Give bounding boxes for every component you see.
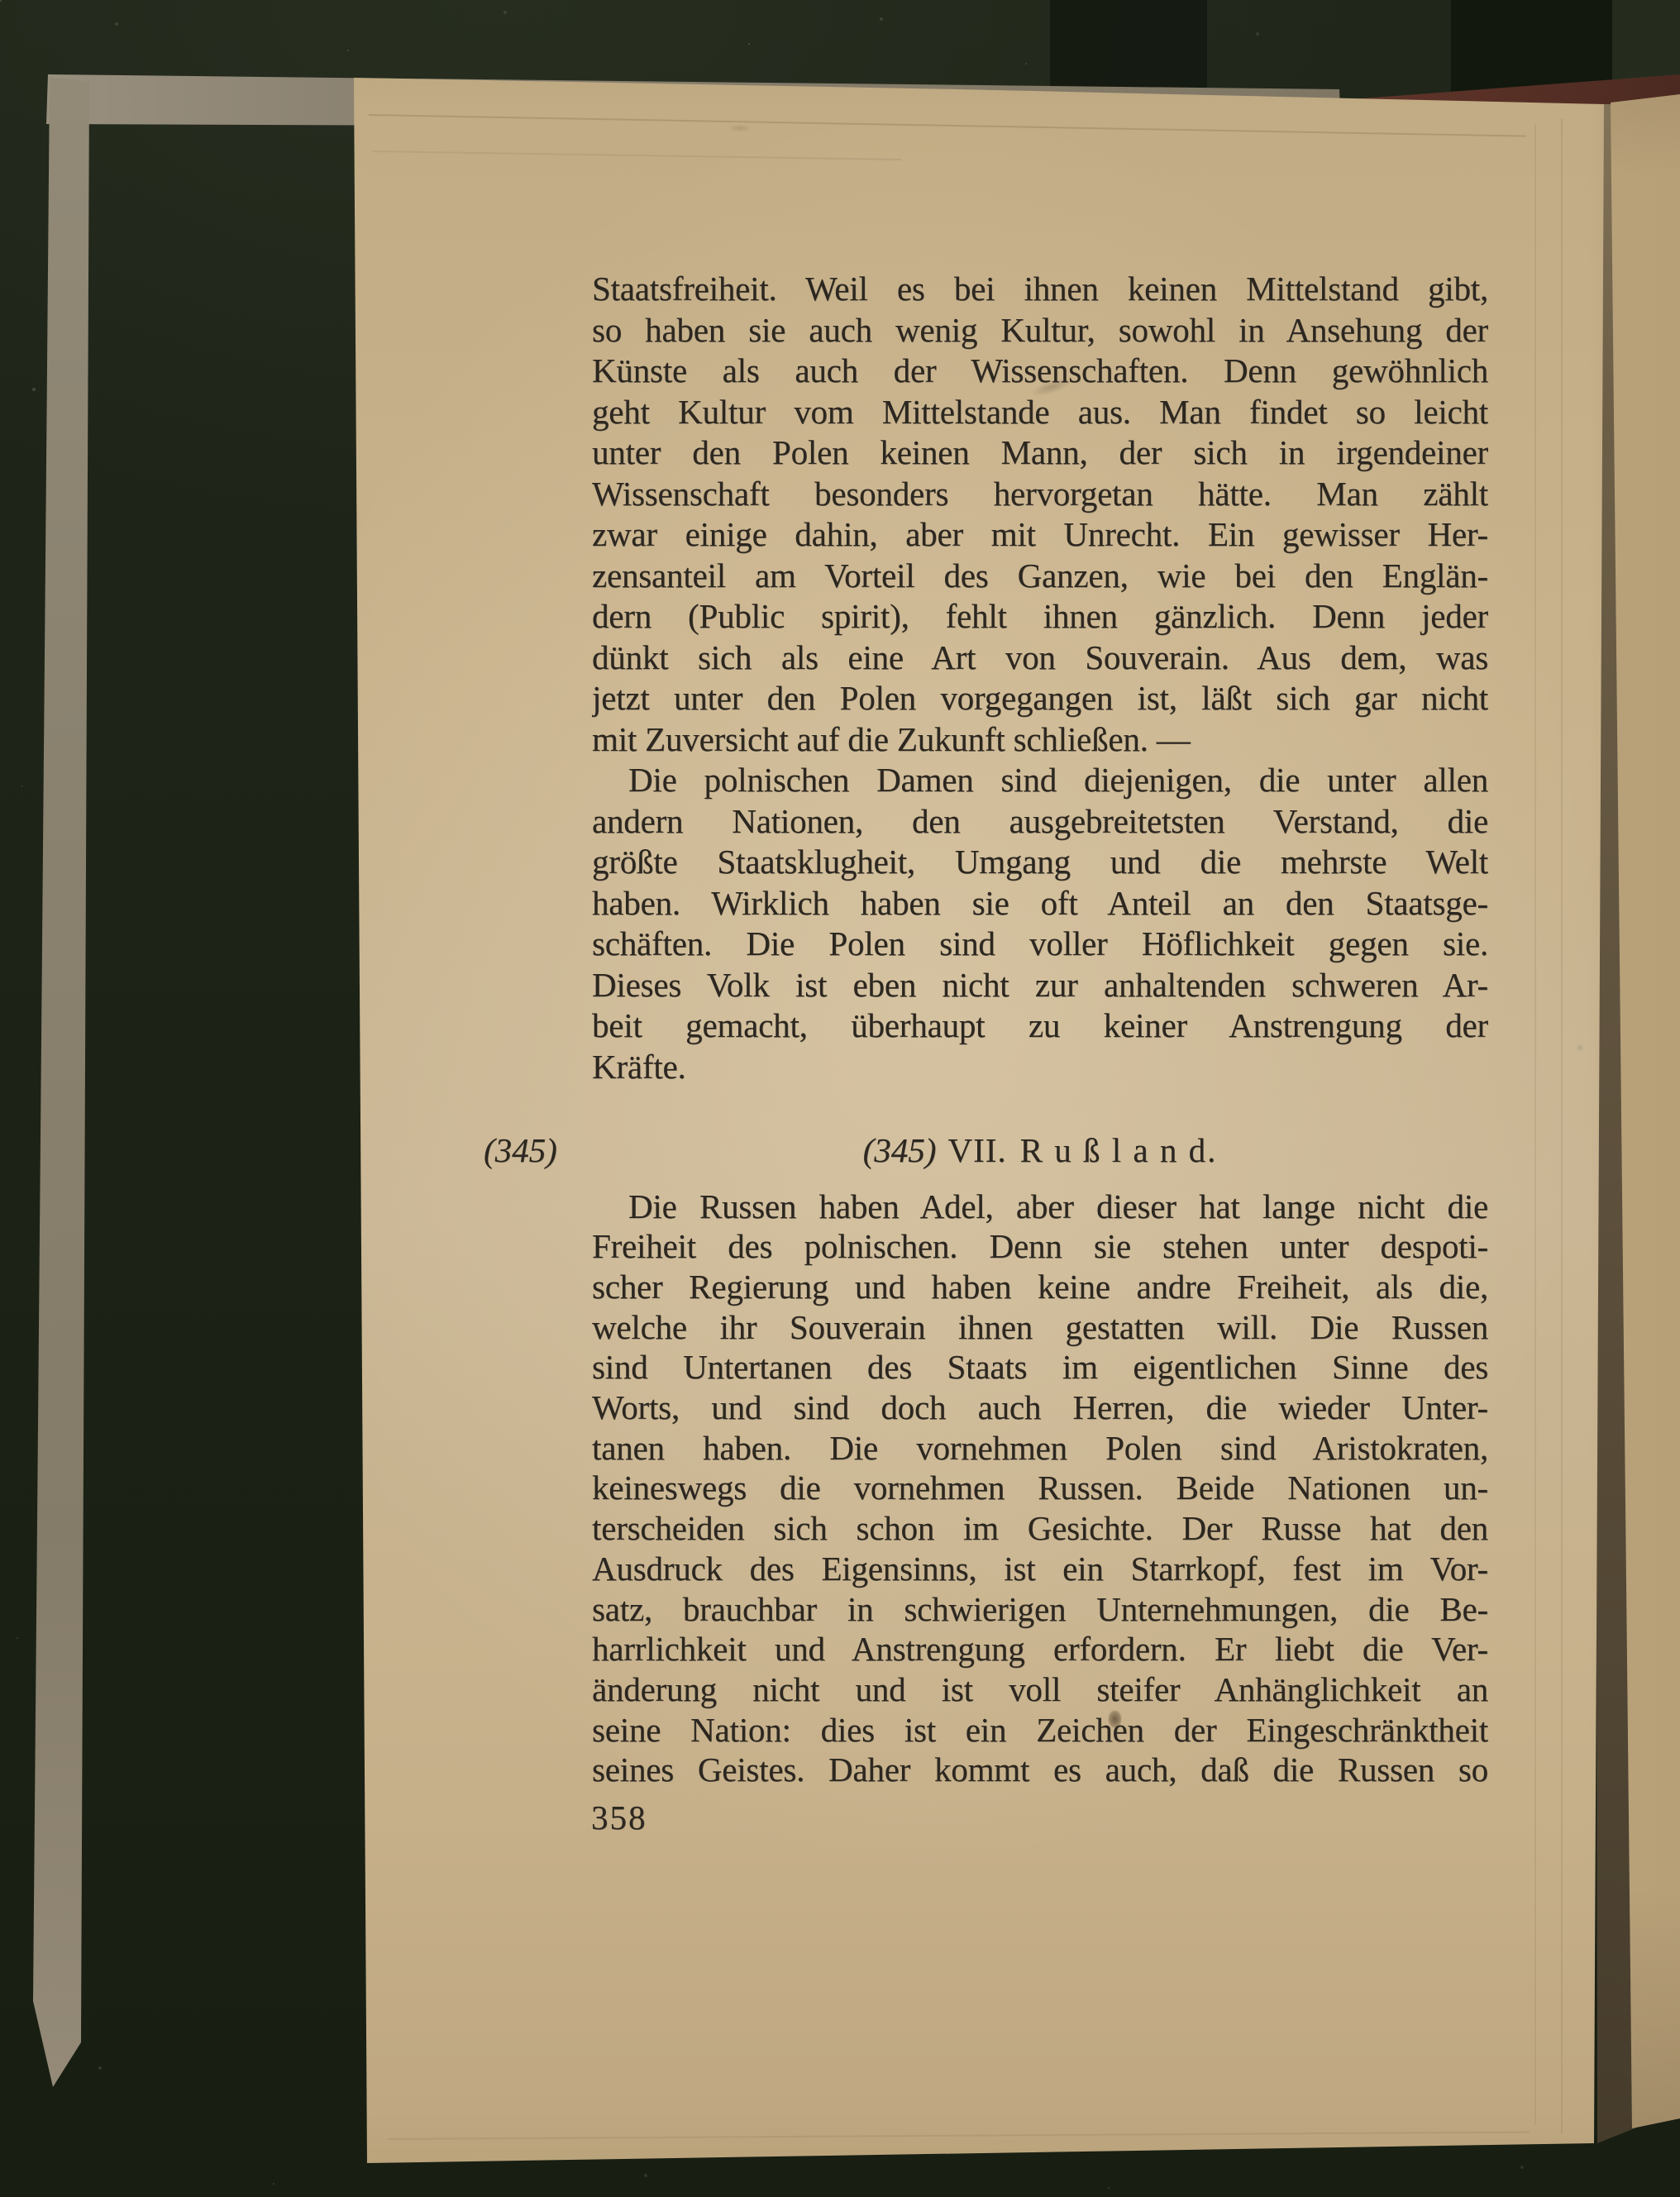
- text-line: dünkt sich als eine Art von Souverain. A…: [592, 638, 1488, 679]
- text-line: geht Kultur vom Mittelstande aus. Man fi…: [592, 392, 1488, 433]
- text-line: sind Untertanen des Staats im eigentlich…: [592, 1347, 1488, 1387]
- heading-roman-numeral: VII.: [947, 1131, 1006, 1169]
- text-line: terscheiden sich schon im Gesichte. Der …: [592, 1508, 1488, 1549]
- book-scan-scene: (345) Staatsfreiheit. Weil es bei ihnen …: [0, 0, 1680, 2197]
- paragraph-russia: Die Russen haben Adel, aber dieser hat l…: [592, 1187, 1488, 1791]
- text-line: Wissenschaft besonders hervorgetan hätte…: [592, 474, 1488, 515]
- text-line: unter den Polen keinen Mann, der sich in…: [592, 432, 1488, 474]
- text-line: dern (Public spirit), fehlt ihnen gänzli…: [592, 596, 1488, 638]
- text-line: beit gemacht, überhaupt zu keiner Anstre…: [592, 1005, 1488, 1047]
- text-line: Worts, und sind doch auch Herren, die wi…: [592, 1387, 1488, 1428]
- text-line: haben. Wirklich haben sie oft Anteil an …: [592, 883, 1488, 924]
- text-line: änderung nicht und ist voll steifer Anhä…: [592, 1669, 1488, 1710]
- text-line: satz, brauchbar in schwierigen Unternehm…: [592, 1589, 1488, 1630]
- heading-source-number: (345): [863, 1131, 937, 1169]
- text-line: keineswegs die vornehmen Russen. Beide N…: [592, 1468, 1488, 1508]
- margin-note: (345): [484, 1130, 557, 1172]
- text-line: seines Geistes. Daher kommt es auch, daß…: [592, 1750, 1488, 1790]
- section-heading: (345)VII.R u ß l a n d.: [592, 1130, 1488, 1172]
- page-number: 358: [591, 1798, 647, 1839]
- text-line: jetzt unter den Polen vorgegangen ist, l…: [592, 678, 1488, 719]
- text-line: seine Nation: dies ist ein Zeichen der E…: [592, 1710, 1488, 1750]
- text-line: größte Staatsklugheit, Umgang und die me…: [592, 842, 1488, 883]
- text-line: zensanteil am Vorteil des Ganzen, wie be…: [592, 556, 1488, 597]
- text-line: Die Russen haben Adel, aber dieser hat l…: [592, 1187, 1488, 1227]
- printed-text-layer: (345) Staatsfreiheit. Weil es bei ihnen …: [0, 0, 1680, 2197]
- text-line: welche ihr Souverain ihnen gestatten wil…: [592, 1307, 1488, 1348]
- text-line: so haben sie auch wenig Kultur, sowohl i…: [592, 310, 1488, 351]
- heading-title: R u ß l a n d.: [1020, 1131, 1218, 1169]
- text-line: Dieses Volk ist eben nicht zur anhaltend…: [592, 965, 1488, 1006]
- text-line: tanen haben. Die vornehmen Polen sind Ar…: [592, 1428, 1488, 1469]
- text-line: harrlichkeit und Anstrengung erfordern. …: [592, 1629, 1488, 1669]
- text-line: zwar einige dahin, aber mit Unrecht. Ein…: [592, 514, 1488, 556]
- text-line: Die polnischen Damen sind diejenigen, di…: [592, 760, 1488, 801]
- text-line: Ausdruck des Eigensinns, ist ein Starrko…: [592, 1549, 1488, 1589]
- text-column: Staatsfreiheit. Weil es bei ihnen keinen…: [592, 269, 1488, 1790]
- text-line: schäften. Die Polen sind voller Höflichk…: [592, 924, 1488, 965]
- text-line: Künste als auch der Wissenschaften. Denn…: [592, 351, 1488, 392]
- text-line: andern Nationen, den ausgebreitetsten Ve…: [592, 801, 1488, 843]
- paragraph-poland: Staatsfreiheit. Weil es bei ihnen keinen…: [592, 269, 1488, 1087]
- text-line: Kräfte.: [592, 1047, 1488, 1088]
- text-line: scher Regierung und haben keine andre Fr…: [592, 1267, 1488, 1307]
- text-line: Staatsfreiheit. Weil es bei ihnen keinen…: [592, 269, 1488, 310]
- text-line: Freiheit des polnischen. Denn sie stehen…: [592, 1226, 1488, 1267]
- text-line: mit Zuversicht auf die Zukunft schließen…: [592, 719, 1488, 761]
